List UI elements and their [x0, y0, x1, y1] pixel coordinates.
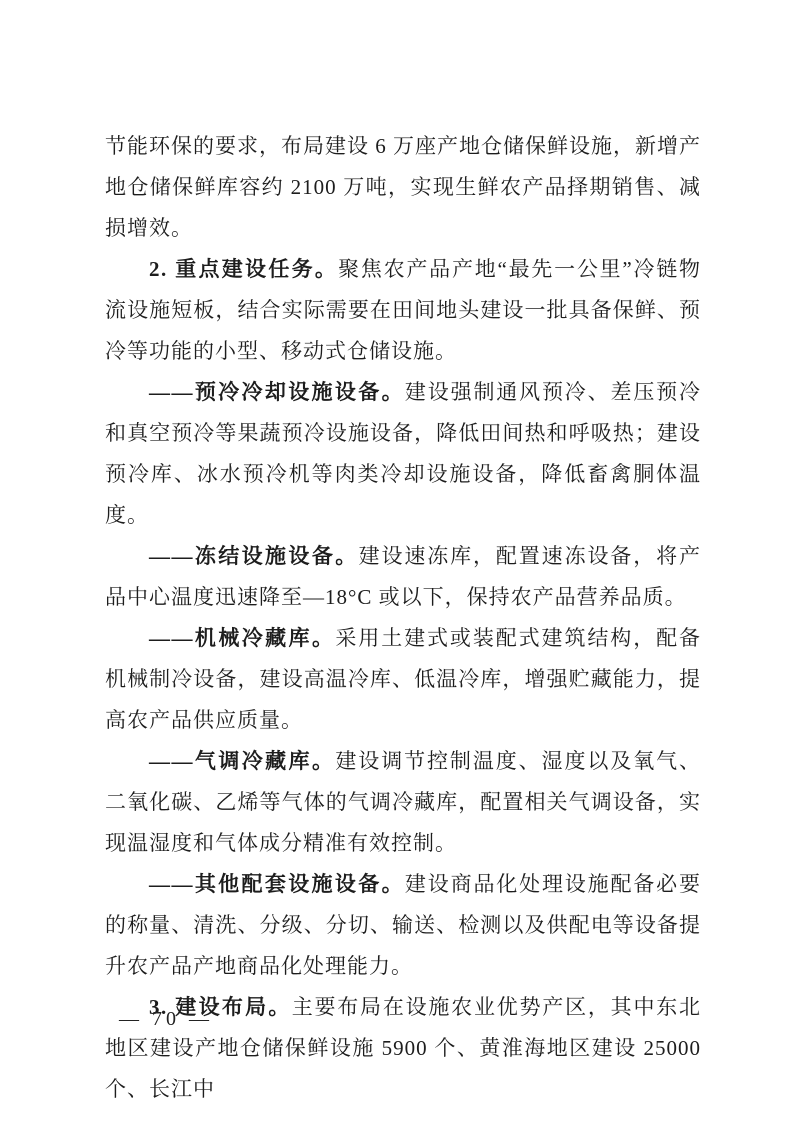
paragraph-lead: ——其他配套设施设备。	[149, 872, 405, 896]
document-page: 节能环保的要求，布局建设 6 万座产地仓储保鲜设施，新增产地仓储保鲜库容约 21…	[0, 0, 794, 1123]
paragraph-lead: ——气调冷藏库。	[149, 749, 335, 773]
paragraph: ——预冷冷却设施设备。建设强制通风预冷、差压预冷和真空预冷等果蔬预冷设施设备，降…	[105, 372, 701, 536]
paragraph-lead: ——机械冷藏库。	[149, 626, 335, 650]
paragraph: 节能环保的要求，布局建设 6 万座产地仓储保鲜设施，新增产地仓储保鲜库容约 21…	[105, 126, 701, 249]
paragraph-lead: 2. 重点建设任务。	[149, 257, 338, 281]
page-number: — 70 —	[119, 1004, 213, 1034]
paragraph: ——气调冷藏库。建设调节控制温度、湿度以及氧气、二氧化碳、乙烯等气体的气调冷藏库…	[105, 741, 701, 864]
paragraph: ——机械冷藏库。采用土建式或装配式建筑结构，配备机械制冷设备，建设高温冷库、低温…	[105, 618, 701, 741]
paragraph-text: 节能环保的要求，布局建设 6 万座产地仓储保鲜设施，新增产地仓储保鲜库容约 21…	[105, 134, 701, 240]
page-body: 节能环保的要求，布局建设 6 万座产地仓储保鲜设施，新增产地仓储保鲜库容约 21…	[105, 126, 701, 1110]
paragraph: ——冻结设施设备。建设速冻库，配置速冻设备，将产品中心温度迅速降至—18°C 或…	[105, 536, 701, 618]
paragraph-lead: ——冻结设施设备。	[149, 544, 359, 568]
paragraph-lead: ——预冷冷却设施设备。	[149, 380, 405, 404]
paragraph: ——其他配套设施设备。建设商品化处理设施配备必要的称量、清洗、分级、分切、输送、…	[105, 864, 701, 987]
paragraph: 2. 重点建设任务。聚焦农产品产地“最先一公里”冷链物流设施短板，结合实际需要在…	[105, 249, 701, 372]
